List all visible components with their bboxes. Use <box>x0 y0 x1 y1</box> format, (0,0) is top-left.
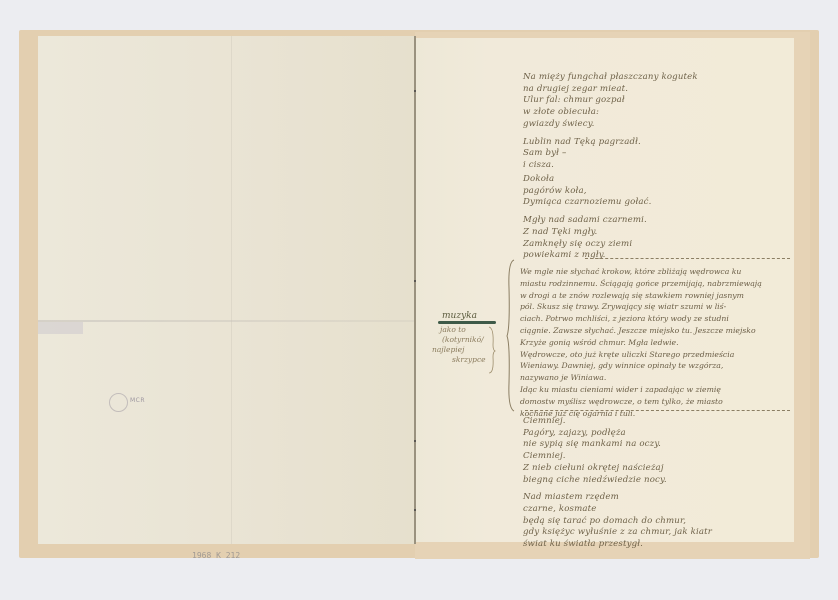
poem-line: Ulur fal: chmur gozpał <box>523 95 698 107</box>
bracket-icon <box>488 325 496 375</box>
poem-1: Na mięży fungchał płaszczany kogutek na … <box>523 72 698 172</box>
poem-line: Dokoła <box>523 174 652 186</box>
poem-line: powiekami z mgły. <box>523 250 652 262</box>
poem-line: biegną ciche niedźwiedzie nocy. <box>523 475 712 487</box>
margin-note-heading: muzyka <box>432 311 496 321</box>
poem-line: czarne, kosmate <box>523 504 712 516</box>
repair-tape <box>38 322 83 334</box>
prose-line: domostw myślisz wędrowcze, o tem tylko, … <box>520 396 762 408</box>
margin-note: muzyka jako to (kotyrnikó/ najlepiej skr… <box>432 311 496 365</box>
poem-line: będą się tarać po domach do chmur, <box>523 516 712 528</box>
poem-line: w złote obiecuła: <box>523 107 698 119</box>
prose-line: ciach. Potrwo mchliści, z jeziora który … <box>520 313 762 325</box>
section-divider <box>585 258 790 259</box>
poem-line: Ciemniej. <box>523 451 712 463</box>
library-stamp-icon <box>109 393 128 412</box>
left-page <box>38 36 415 544</box>
poem-2: Dokoła pagórów koła, Dymiąca czarnoziemu… <box>523 174 652 262</box>
margin-note-line: (kotyrnikó/ <box>432 335 496 345</box>
section-divider <box>525 410 790 411</box>
prose-line: nazywano je Winiawa. <box>520 372 762 384</box>
poem-line: gdy księżyc wyłuśnie z za chmur, jak kia… <box>523 527 712 539</box>
poem-line: Zamknęły się oczy ziemi <box>523 239 652 251</box>
prose-line: Idąc ku miastu cieniami wider i zapadają… <box>520 384 762 396</box>
poem-line: Z nad Tęki mgły. <box>523 227 652 239</box>
poem-line: pagórów koła, <box>523 186 652 198</box>
prose-passage: We mgle nie słychać krokow, które zbliża… <box>520 266 762 419</box>
margin-note-line: najlepiej <box>432 345 496 355</box>
prose-line: Wędrowcze, oto już kręte uliczki Starego… <box>520 349 762 361</box>
poem-line: gwiazdy świecy. <box>523 119 698 131</box>
prose-line: ciągnie. Zawsze słychać. Jeszcze miejsko… <box>520 325 762 337</box>
binding-spine <box>414 36 416 544</box>
poem-line: nie sypią się mankami na oczy. <box>523 439 712 451</box>
stitch-mark <box>414 90 416 92</box>
poem-line: Sam był – <box>523 148 698 160</box>
inventory-number: 1968 K 212 <box>192 551 240 560</box>
prose-line: Krzyże gonią wśród chmur. Mgła ledwie. <box>520 337 762 349</box>
margin-note-line: skrzypce <box>432 355 496 365</box>
poem-line: Dymiąca czarnoziemu gołać. <box>523 197 652 209</box>
horizontal-fold <box>38 320 415 322</box>
poem-line: Mgły nad sadami czarnemi. <box>523 215 652 227</box>
prose-line: w drogi a te znów rozlewają się stawkiem… <box>520 290 762 302</box>
poem-line: Z nieb ciełuni okrętej naścieżaj <box>523 463 712 475</box>
poem-3: Ciemniej. Pagóry, zajazy, podłęża nie sy… <box>523 416 712 551</box>
stitch-mark <box>414 280 416 282</box>
poem-line: Ciemniej. <box>523 416 712 428</box>
poem-line: świat ku światła przestygł. <box>523 539 712 551</box>
poem-line: Lublin nad Tęką pagrzadł. <box>523 137 698 149</box>
poem-line: na drugiej zegar mieat. <box>523 84 698 96</box>
prose-line: Wieniawy. Dawniej, gdy winnice opinały t… <box>520 360 762 372</box>
prose-line: pól. Skusz się trawy. Zrywający się wiat… <box>520 301 762 313</box>
bracket-icon <box>506 258 516 413</box>
highlight-bar <box>438 321 496 324</box>
stitch-mark <box>414 440 416 442</box>
prose-line: miastu rodzinnemu. Ściągają gońce przemi… <box>520 278 762 290</box>
poem-line: i cisza. <box>523 160 698 172</box>
poem-line: Nad miastem rzędem <box>523 492 712 504</box>
poem-line: Pagóry, zajazy, podłęża <box>523 428 712 440</box>
poem-line: Na mięży fungchał płaszczany kogutek <box>523 72 698 84</box>
stitch-mark <box>414 509 416 511</box>
margin-note-line: jako to <box>432 325 496 335</box>
prose-line: We mgle nie słychać krokow, które zbliża… <box>520 266 762 278</box>
stamp-label: MCR <box>130 397 145 404</box>
vertical-fold <box>231 36 232 544</box>
